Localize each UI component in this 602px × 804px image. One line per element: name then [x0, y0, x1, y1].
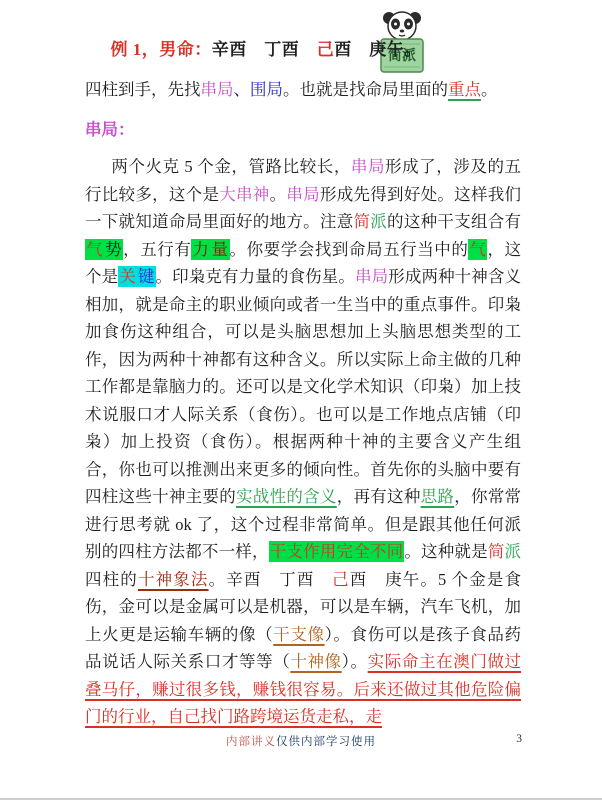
page-content: 例 1，男命：辛酉 丁酉 己酉 庚午。 四柱到手，先找串局、围局。也就是找命局里… [85, 0, 521, 731]
text-run: 简 [488, 542, 505, 561]
text-run: 派 [505, 542, 522, 561]
text-run: 。 [481, 80, 498, 99]
text-run: 串局 [201, 80, 234, 99]
text-run: 。印枭克有力量的食伤星。 [156, 267, 355, 286]
text-run: 四柱的 [85, 570, 138, 589]
text-run: 关 [118, 266, 137, 287]
text-run: 己 [332, 570, 350, 589]
text-run: 串局 [355, 267, 388, 286]
text-run: 十神像 [290, 652, 341, 671]
example-heading: 例 1，男命：辛酉 丁酉 己酉 庚午。 [85, 36, 521, 63]
text-run: 围局 [250, 80, 283, 99]
text-run: 。你要学会找到命局五行当中的 [230, 240, 469, 259]
text-run: 思路 [421, 487, 455, 506]
text-run: 气 [468, 239, 487, 260]
text-run: 实战性的含义 [236, 487, 337, 506]
section-heading: 串局： [85, 116, 521, 143]
page-number: 3 [516, 733, 522, 745]
text-run: 。这种就是 [404, 542, 488, 561]
text-run: 、 [234, 80, 251, 99]
text-run: 简 [353, 212, 370, 231]
text-run: 串局： [85, 120, 135, 139]
text-run: 大串神 [219, 185, 269, 204]
text-run: 。 [270, 185, 287, 204]
text-run: 键 [137, 266, 156, 287]
page-bottom-edge [0, 798, 602, 800]
text-run: 力 [191, 239, 210, 260]
text-run: 气 [85, 239, 104, 260]
text-run: 四柱到手，先找 [85, 80, 201, 99]
text-run: 串局 [286, 185, 320, 204]
text-run: 内部讲义 [226, 736, 276, 748]
text-run: 量 [210, 239, 229, 260]
text-run: ）。 [342, 652, 368, 671]
text-run: 。辛酉 丁酉 [209, 570, 333, 589]
text-run: 派 [370, 212, 387, 231]
body-paragraph: 两个火克 5 个金，管路比较长，串局形成了，涉及的五行比较多，这个是大串神。串局… [85, 153, 521, 731]
document-page: 简派 例 1，男命：辛酉 丁酉 己酉 庚午。 四柱到手，先找串局、围局。也就是找… [0, 0, 602, 804]
text-run: 仅供内部学习使用 [276, 736, 376, 748]
text-run: 酉 庚午。 [334, 40, 422, 59]
text-run: 形成两种十神含义相加，就是命主的职业倾向或者一生当中的重点事件。印枭加食伤这种组… [85, 267, 521, 506]
footer-note: 内部讲义仅供内部学习使用 [0, 733, 602, 749]
text-run: 串局 [351, 157, 385, 176]
text-run: ，五行有 [123, 240, 191, 259]
text-run: 干支像 [273, 625, 324, 644]
text-run: 十神象法 [138, 570, 209, 589]
text-run: 。也就是找命局里面的 [283, 80, 448, 99]
text-run: ，再有这种 [337, 487, 421, 506]
text-run: 干支作用完全不同 [269, 541, 405, 562]
text-run: 两个火克 5 个金，管路比较长， [111, 157, 351, 176]
text-run: 势 [104, 239, 123, 260]
text-run: 己 [317, 40, 335, 59]
text-run: 辛酉 丁酉 [212, 40, 317, 59]
text-run: 例 1，男命： [111, 40, 212, 59]
intro-line: 四柱到手，先找串局、围局。也就是找命局里面的重点。 [85, 76, 521, 103]
text-run: 重点 [448, 80, 481, 99]
text-run: 的这种干支组合有 [387, 212, 521, 231]
